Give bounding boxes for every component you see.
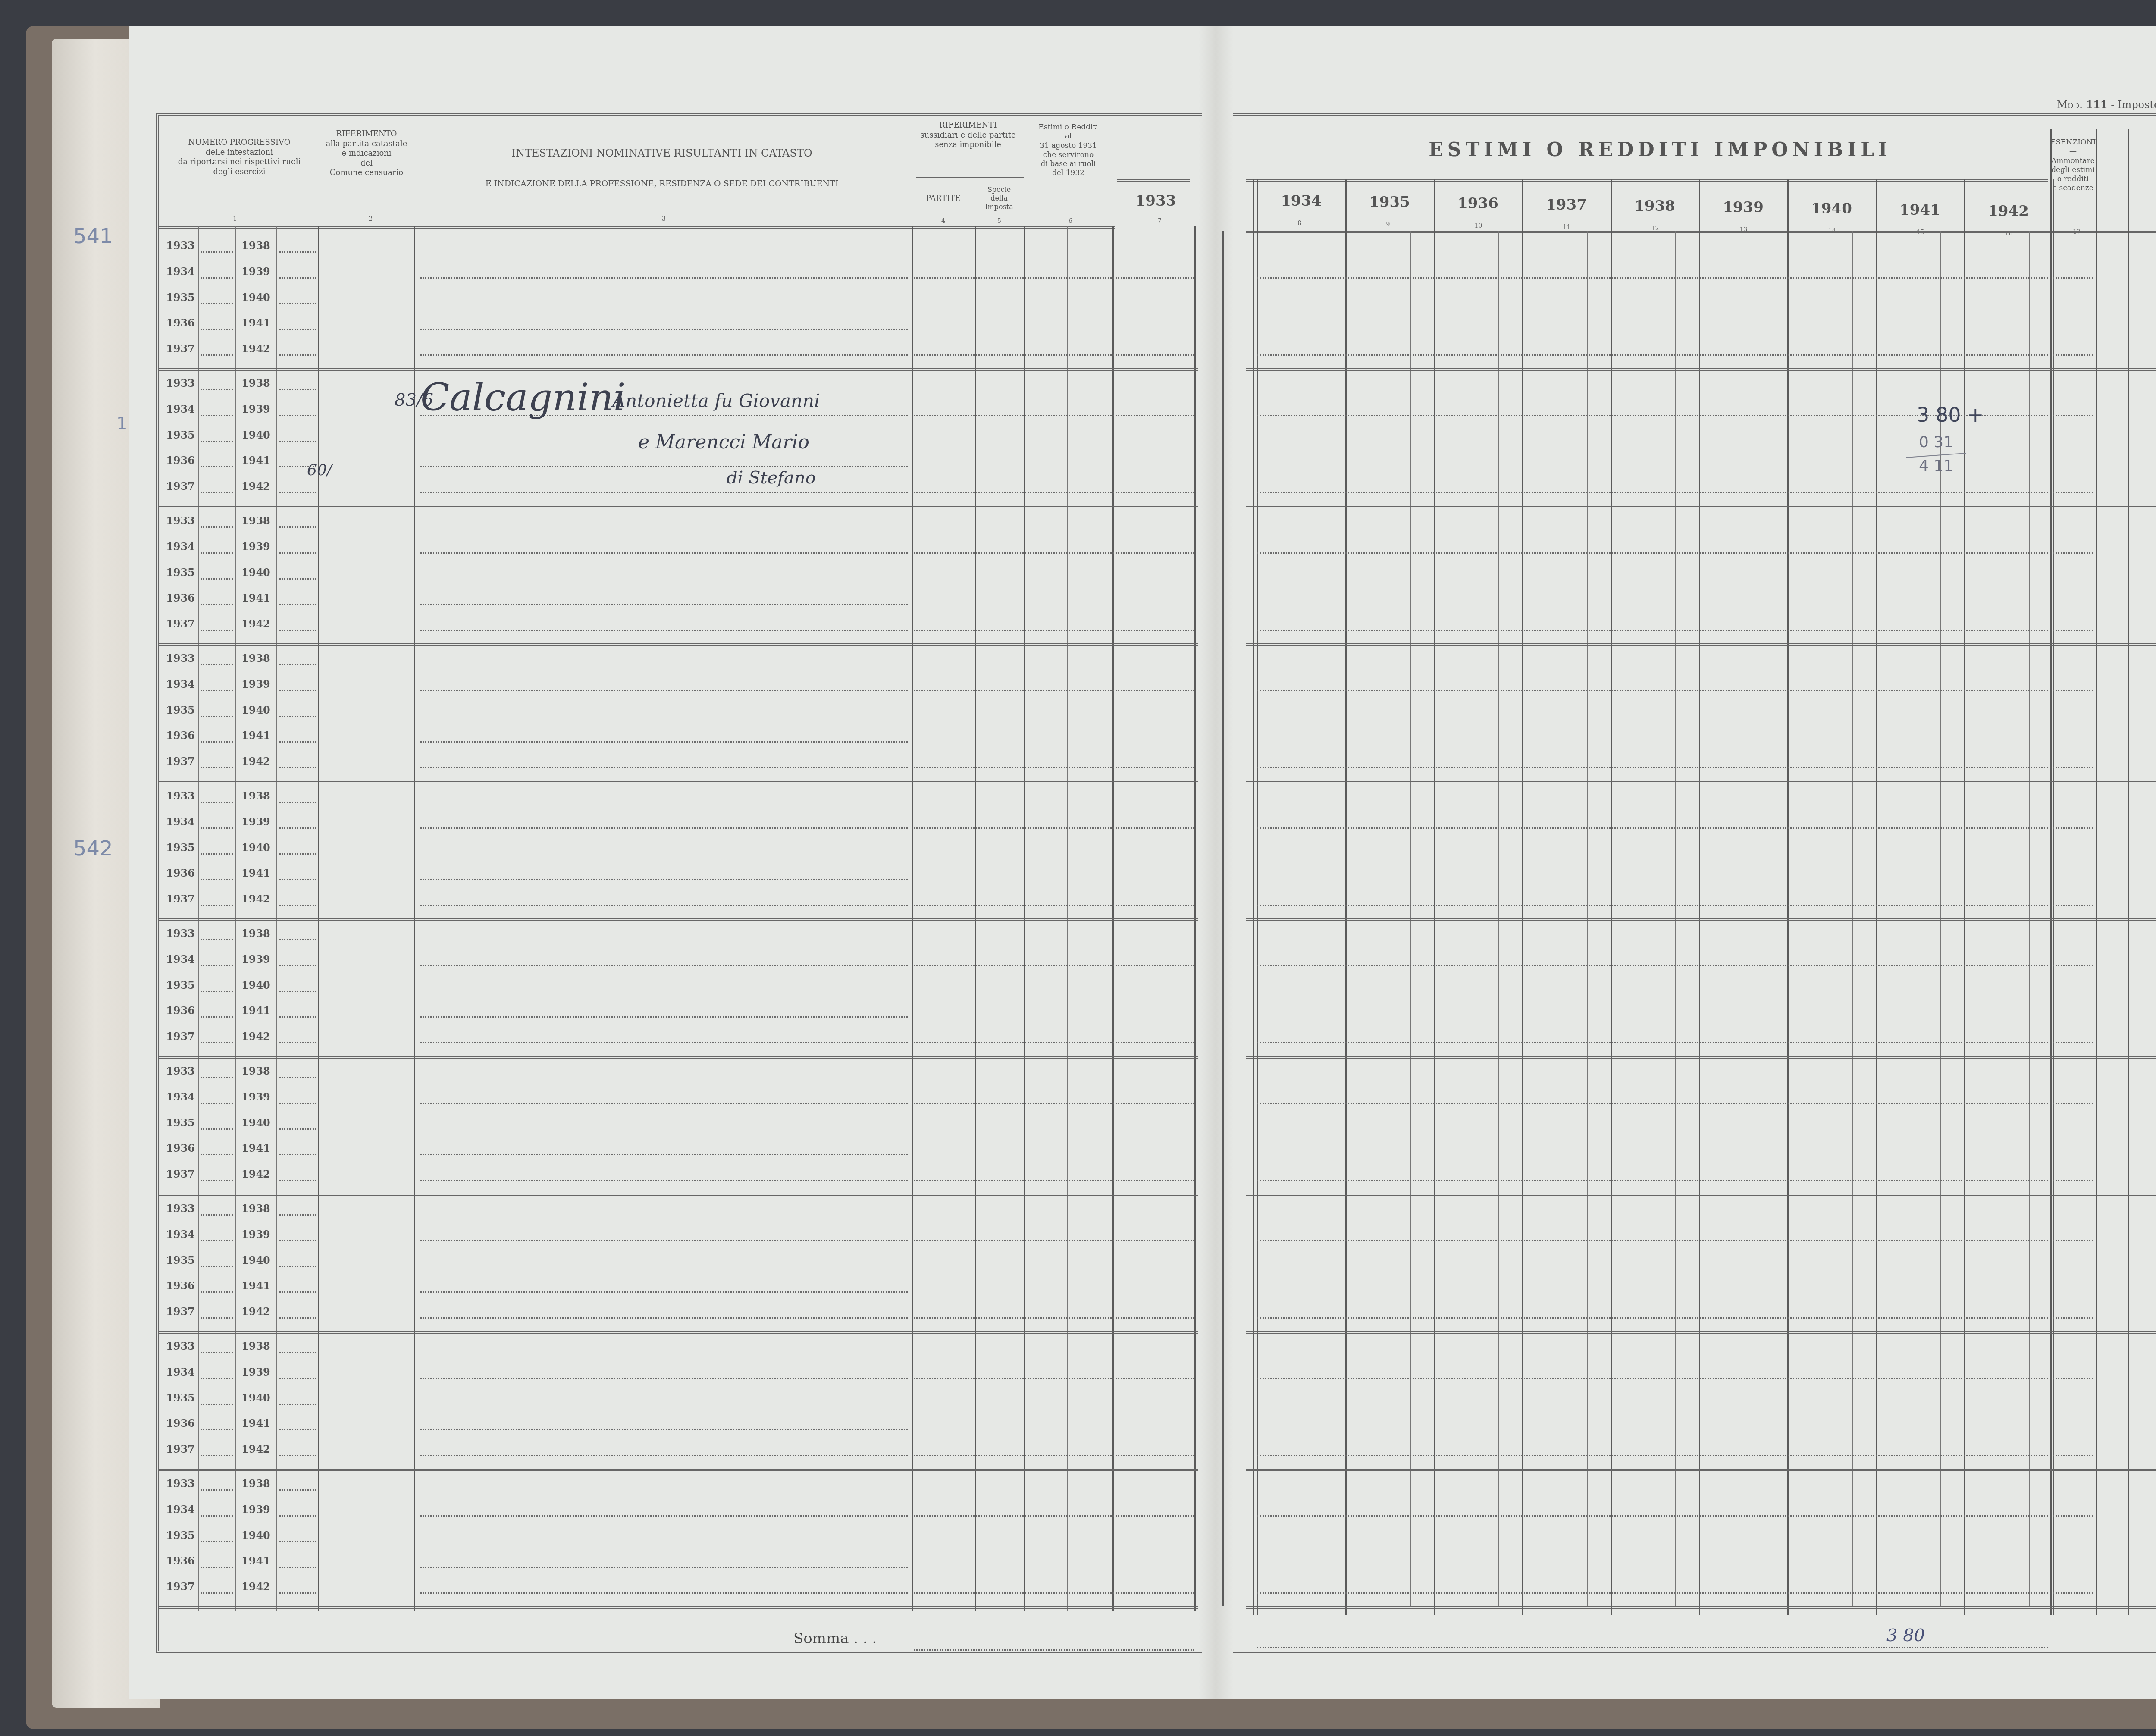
column-divider bbox=[2050, 129, 2052, 1615]
year-dotted-blank bbox=[279, 1429, 316, 1430]
row-year-label: 1942 bbox=[241, 1305, 270, 1318]
column-divider bbox=[1257, 179, 1258, 1615]
value-dotted-line bbox=[1257, 1317, 2048, 1319]
year-dotted-blank bbox=[279, 716, 316, 717]
name-dotted-line bbox=[420, 552, 908, 554]
value-dotted-line bbox=[1257, 905, 2048, 906]
name-dotted-line bbox=[420, 492, 908, 493]
year-dotted-blank bbox=[279, 578, 316, 580]
row-year-label: 1940 bbox=[241, 979, 270, 991]
column-divider bbox=[1876, 179, 1877, 1615]
row-year-label: 1934 bbox=[166, 815, 195, 828]
col2-header: RIFERIMENTO alla partita catastale e ind… bbox=[319, 129, 414, 178]
year-dotted-blank bbox=[201, 905, 233, 906]
year-dotted-blank bbox=[201, 853, 233, 855]
year-dotted-blank bbox=[279, 329, 316, 330]
row-year-label: 1939 bbox=[241, 403, 270, 415]
column-divider bbox=[1222, 231, 1224, 1606]
col5-header: Specie della Imposta bbox=[975, 185, 1023, 211]
row-year-label: 1937 bbox=[166, 342, 195, 355]
left-page-frame bbox=[156, 113, 1202, 1653]
year-dotted-blank bbox=[201, 1378, 233, 1379]
block-separator-right bbox=[1246, 781, 2156, 783]
year-dotted-blank bbox=[201, 664, 233, 665]
row-year-label: 1933 bbox=[166, 1202, 195, 1215]
name-dotted-line bbox=[420, 741, 908, 743]
year-column-number: 11 bbox=[1563, 224, 1571, 231]
row-year-label: 1941 bbox=[241, 1417, 270, 1429]
year-dotted-blank bbox=[201, 965, 233, 966]
somma-dotted-line bbox=[1257, 1647, 2048, 1648]
row-year-label: 1940 bbox=[241, 1391, 270, 1404]
year-dotted-blank bbox=[279, 1103, 316, 1104]
row-year-label: 1935 bbox=[166, 1529, 195, 1542]
value-dotted-line bbox=[2053, 1180, 2093, 1181]
entry-name-line3: di Stefano bbox=[727, 468, 816, 488]
years-top-rule bbox=[1246, 179, 2048, 182]
year-dotted-blank bbox=[279, 1214, 316, 1216]
year-dotted-blank bbox=[279, 1154, 316, 1155]
somma-dotted-line bbox=[914, 1649, 1194, 1651]
row-year-label: 1942 bbox=[241, 1443, 270, 1455]
row-year-label: 1939 bbox=[241, 265, 270, 278]
value-dotted-line bbox=[2053, 415, 2093, 416]
year-dotted-blank bbox=[279, 1128, 316, 1130]
entry-name-line1: Antonietta fu Giovanni bbox=[612, 390, 820, 411]
row-year-label: 1934 bbox=[166, 953, 195, 965]
riferimenti-rule bbox=[916, 177, 1024, 179]
year-dotted-blank bbox=[279, 552, 316, 554]
row-year-label: 1936 bbox=[166, 1004, 195, 1017]
row-year-label: 1940 bbox=[241, 291, 270, 304]
value-dotted-line bbox=[2053, 690, 2093, 691]
year-dotted-blank bbox=[201, 1266, 233, 1267]
year-dotted-blank bbox=[279, 354, 316, 356]
value-dotted-line bbox=[914, 1042, 1194, 1043]
value-dotted-line bbox=[914, 767, 1194, 768]
column-divider bbox=[1611, 179, 1612, 1615]
value-dotted-line bbox=[2053, 354, 2093, 356]
value-dotted-line bbox=[1257, 965, 2048, 966]
name-dotted-line bbox=[420, 1291, 908, 1293]
name-dotted-line bbox=[420, 1240, 908, 1241]
block-separator-right bbox=[1246, 918, 2156, 921]
year-dotted-blank bbox=[279, 1352, 316, 1353]
value-dotted-line bbox=[1257, 492, 2048, 493]
year-dotted-blank bbox=[201, 1489, 233, 1491]
year-dotted-blank bbox=[279, 1042, 316, 1043]
name-dotted-line bbox=[420, 1592, 908, 1594]
row-year-label: 1940 bbox=[241, 841, 270, 854]
row-year-label: 1940 bbox=[241, 429, 270, 441]
row-year-label: 1938 bbox=[241, 927, 270, 940]
year-dotted-blank bbox=[201, 251, 233, 253]
block-separator-right bbox=[1246, 1469, 2156, 1471]
row-year-label: 1935 bbox=[166, 566, 195, 579]
value-dotted-line bbox=[2053, 965, 2093, 966]
block-separator-left bbox=[159, 918, 1198, 921]
row-year-label: 1939 bbox=[241, 1090, 270, 1103]
row-year-label: 1939 bbox=[241, 540, 270, 553]
block-separator-left bbox=[159, 1194, 1198, 1196]
year-column-header: 1935 bbox=[1345, 193, 1434, 212]
row-year-label: 1940 bbox=[241, 1529, 270, 1542]
block-separator-left bbox=[159, 1469, 1198, 1471]
margin-note-1: 1 bbox=[116, 414, 127, 434]
value-dotted-line bbox=[1257, 1180, 2048, 1181]
book-gutter bbox=[1199, 26, 1233, 1699]
block-separator-left bbox=[159, 1056, 1198, 1059]
row-year-label: 1940 bbox=[241, 704, 270, 716]
year-dotted-blank bbox=[201, 466, 233, 467]
block-separator-right bbox=[1246, 1194, 2156, 1196]
row-year-label: 1937 bbox=[166, 1168, 195, 1180]
row-year-label: 1937 bbox=[166, 893, 195, 905]
value-dotted-line bbox=[914, 1378, 1194, 1379]
name-dotted-line bbox=[420, 466, 908, 467]
row-year-label: 1940 bbox=[241, 566, 270, 579]
somma-1941-value: 3 80 bbox=[1887, 1626, 1925, 1645]
row-year-label: 1935 bbox=[166, 1116, 195, 1129]
value-dotted-line bbox=[1257, 690, 2048, 691]
header-rule-right bbox=[1246, 231, 2156, 233]
row-year-label: 1933 bbox=[166, 790, 195, 802]
col1-header: NUMERO PROGRESSIVO delle intestazioni da… bbox=[160, 138, 319, 177]
year-dotted-blank bbox=[279, 303, 316, 304]
name-dotted-line bbox=[420, 329, 908, 330]
year-dotted-blank bbox=[201, 277, 233, 279]
year-dotted-blank bbox=[201, 1291, 233, 1293]
year-1933-rule bbox=[1117, 179, 1190, 182]
year-dotted-blank bbox=[279, 690, 316, 691]
year-dotted-blank bbox=[279, 1291, 316, 1293]
column-divider bbox=[1345, 179, 1347, 1615]
year-dotted-blank bbox=[279, 630, 316, 631]
row-year-label: 1933 bbox=[166, 652, 195, 664]
year-dotted-blank bbox=[201, 1128, 233, 1130]
row-year-label: 1937 bbox=[166, 617, 195, 630]
name-dotted-line bbox=[420, 630, 908, 631]
year-dotted-blank bbox=[201, 1404, 233, 1405]
value-dotted-line bbox=[1257, 1240, 2048, 1241]
row-year-label: 1937 bbox=[166, 1580, 195, 1593]
value-dotted-line bbox=[2053, 827, 2093, 829]
value-dotted-line bbox=[1257, 1455, 2048, 1456]
row-year-label: 1937 bbox=[166, 1030, 195, 1043]
row-year-label: 1939 bbox=[241, 1503, 270, 1516]
row-year-label: 1936 bbox=[166, 1142, 195, 1154]
year-dotted-blank bbox=[279, 389, 316, 390]
value-dotted-line bbox=[914, 552, 1194, 554]
year-column-header: 1934 bbox=[1257, 192, 1345, 210]
year-dotted-blank bbox=[201, 441, 233, 442]
row-year-label: 1939 bbox=[241, 815, 270, 828]
row-year-label: 1935 bbox=[166, 979, 195, 991]
year-column-header: 1941 bbox=[1876, 201, 1964, 219]
form-code: Mod. 111 - Imposte Dirette (Intercalare)… bbox=[2057, 98, 2156, 111]
year-dotted-blank bbox=[201, 1016, 233, 1018]
row-year-label: 1935 bbox=[166, 841, 195, 854]
col4-header: PARTITE bbox=[912, 194, 975, 204]
year-dotted-blank bbox=[201, 1429, 233, 1430]
entry-progressive-note: 60/ bbox=[307, 461, 332, 479]
row-year-label: 1938 bbox=[241, 239, 270, 252]
margin-note-542: 542 bbox=[73, 837, 113, 861]
row-year-label: 1933 bbox=[166, 377, 195, 389]
row-year-label: 1936 bbox=[166, 316, 195, 329]
year-dotted-blank bbox=[201, 492, 233, 493]
year-dotted-blank bbox=[279, 1541, 316, 1542]
year-dotted-blank bbox=[279, 802, 316, 803]
value-dotted-line bbox=[1257, 1103, 2048, 1104]
row-year-label: 1938 bbox=[241, 652, 270, 664]
row-year-label: 1938 bbox=[241, 377, 270, 389]
block-separator-left bbox=[159, 1331, 1198, 1334]
year-dotted-blank bbox=[279, 1489, 316, 1491]
name-dotted-line bbox=[420, 1455, 908, 1456]
row-year-label: 1941 bbox=[241, 1004, 270, 1017]
year-dotted-blank bbox=[279, 1567, 316, 1568]
value-dotted-line bbox=[2053, 552, 2093, 554]
col1-number: 1 bbox=[233, 216, 237, 222]
name-dotted-line bbox=[420, 1180, 908, 1181]
year-dotted-blank bbox=[279, 492, 316, 493]
column-divider bbox=[1253, 179, 1254, 1615]
column-divider bbox=[2053, 179, 2054, 1615]
row-year-label: 1942 bbox=[241, 1030, 270, 1043]
name-dotted-line bbox=[420, 1567, 908, 1568]
row-year-label: 1942 bbox=[241, 480, 270, 492]
value-dotted-line bbox=[1257, 1515, 2048, 1517]
somma-label: Somma . . . bbox=[793, 1630, 877, 1647]
row-year-label: 1934 bbox=[166, 678, 195, 690]
value-dotted-line bbox=[1257, 552, 2048, 554]
row-year-label: 1937 bbox=[166, 755, 195, 768]
row-year-label: 1937 bbox=[166, 1305, 195, 1318]
row-year-label: 1938 bbox=[241, 514, 270, 527]
year-dotted-blank bbox=[201, 1077, 233, 1078]
row-year-label: 1938 bbox=[241, 1340, 270, 1352]
row-year-label: 1942 bbox=[241, 1580, 270, 1593]
year-dotted-blank bbox=[201, 767, 233, 768]
row-year-label: 1935 bbox=[166, 704, 195, 716]
header-rule-left bbox=[159, 226, 1115, 229]
value-dotted-line bbox=[914, 1592, 1194, 1594]
year-column-header: 1940 bbox=[1787, 200, 1876, 218]
row-year-label: 1939 bbox=[241, 678, 270, 690]
entry-1941-value: 3 80 + bbox=[1917, 403, 1984, 426]
row-year-label: 1941 bbox=[241, 729, 270, 742]
row-year-label: 1933 bbox=[166, 927, 195, 940]
value-dotted-line bbox=[914, 1103, 1194, 1104]
row-year-label: 1935 bbox=[166, 1391, 195, 1404]
year-dotted-blank bbox=[201, 1541, 233, 1542]
block-separator-left bbox=[159, 643, 1198, 646]
year-dotted-blank bbox=[201, 716, 233, 717]
name-dotted-line bbox=[420, 879, 908, 880]
row-year-label: 1938 bbox=[241, 790, 270, 802]
value-dotted-line bbox=[2053, 1042, 2093, 1043]
row-year-label: 1933 bbox=[166, 1477, 195, 1490]
year-dotted-blank bbox=[279, 879, 316, 880]
value-dotted-line bbox=[2053, 1240, 2093, 1241]
block-separator-right bbox=[1246, 506, 2156, 508]
row-year-label: 1935 bbox=[166, 291, 195, 304]
year-dotted-blank bbox=[279, 1016, 316, 1018]
block-separator-right bbox=[1246, 1056, 2156, 1059]
year-dotted-blank bbox=[201, 415, 233, 416]
year-dotted-blank bbox=[201, 1214, 233, 1216]
year-dotted-blank bbox=[279, 251, 316, 253]
value-dotted-line bbox=[914, 415, 1194, 416]
block-separator-right bbox=[1246, 1331, 2156, 1334]
row-year-label: 1934 bbox=[166, 403, 195, 415]
bottom-rule-left bbox=[159, 1606, 1198, 1609]
year-dotted-blank bbox=[279, 1317, 316, 1319]
row-year-label: 1942 bbox=[241, 617, 270, 630]
value-dotted-line bbox=[914, 354, 1194, 356]
year-dotted-blank bbox=[201, 354, 233, 356]
name-dotted-line bbox=[420, 905, 908, 906]
year-dotted-blank bbox=[201, 1154, 233, 1155]
year-column-header: 1942 bbox=[1964, 202, 2053, 221]
row-year-label: 1942 bbox=[241, 342, 270, 355]
row-year-label: 1939 bbox=[241, 1228, 270, 1241]
year-column-header: 1937 bbox=[1522, 196, 1611, 214]
row-year-label: 1941 bbox=[241, 1279, 270, 1292]
row-year-label: 1941 bbox=[241, 316, 270, 329]
year-dotted-blank bbox=[201, 303, 233, 304]
year-dotted-blank bbox=[279, 827, 316, 829]
row-year-label: 1936 bbox=[166, 729, 195, 742]
row-year-label: 1936 bbox=[166, 1554, 195, 1567]
row-year-label: 1933 bbox=[166, 1065, 195, 1077]
section-title: ESTIMI O REDDITI IMPONIBILI bbox=[1250, 138, 2070, 162]
entry-name-line2: e Marencci Mario bbox=[638, 431, 809, 453]
value-dotted-line bbox=[1257, 1592, 2048, 1594]
year-dotted-blank bbox=[279, 1455, 316, 1456]
value-dotted-line bbox=[914, 827, 1194, 829]
column-divider bbox=[1699, 179, 1700, 1615]
year-dotted-blank bbox=[201, 1567, 233, 1568]
year-dotted-blank bbox=[279, 939, 316, 940]
year-dotted-blank bbox=[279, 1180, 316, 1181]
row-year-label: 1939 bbox=[241, 953, 270, 965]
name-dotted-line bbox=[420, 354, 908, 356]
year-dotted-blank bbox=[201, 1515, 233, 1517]
value-dotted-line bbox=[2053, 630, 2093, 631]
year-dotted-blank bbox=[201, 1317, 233, 1319]
year-dotted-blank bbox=[201, 1455, 233, 1456]
year-column-header: 1938 bbox=[1611, 197, 1699, 216]
value-dotted-line bbox=[914, 690, 1194, 691]
value-dotted-line bbox=[1257, 630, 2048, 631]
col7-year: 1933 bbox=[1115, 192, 1197, 210]
annotazioni-header: ANNOTAZIONI bbox=[2130, 172, 2156, 187]
block-separator-left bbox=[159, 506, 1198, 508]
name-dotted-line bbox=[420, 1154, 908, 1155]
year-dotted-blank bbox=[279, 1515, 316, 1517]
row-year-label: 1935 bbox=[166, 429, 195, 441]
col2-number: 2 bbox=[369, 216, 373, 222]
column-divider bbox=[2096, 129, 2097, 1615]
year-column-header: 1939 bbox=[1699, 198, 1787, 217]
block-separator-left bbox=[159, 781, 1198, 783]
year-dotted-blank bbox=[279, 1592, 316, 1594]
value-dotted-line bbox=[2053, 905, 2093, 906]
value-dotted-line bbox=[2053, 1317, 2093, 1319]
row-year-label: 1939 bbox=[241, 1366, 270, 1378]
block-separator-right bbox=[1246, 368, 2156, 371]
col3-title: INTESTAZIONI NOMINATIVE RISULTANTI IN CA… bbox=[414, 147, 910, 160]
column-divider bbox=[2128, 129, 2129, 1615]
row-year-label: 1940 bbox=[241, 1116, 270, 1129]
row-year-label: 1936 bbox=[166, 867, 195, 879]
col4-number: 4 bbox=[941, 218, 945, 225]
year-dotted-blank bbox=[279, 1077, 316, 1078]
year-dotted-blank bbox=[201, 1592, 233, 1594]
name-dotted-line bbox=[420, 1042, 908, 1043]
esenzioni-header: ESENZIONI — Ammontare degli estimi o red… bbox=[2050, 138, 2096, 193]
column-divider bbox=[1434, 179, 1435, 1615]
value-dotted-line bbox=[2053, 492, 2093, 493]
name-dotted-line bbox=[420, 604, 908, 605]
margin-note-541: 541 bbox=[73, 224, 113, 248]
value-dotted-line bbox=[2053, 277, 2093, 279]
row-year-label: 1942 bbox=[241, 1168, 270, 1180]
column-divider bbox=[1964, 179, 1965, 1615]
year-dotted-blank bbox=[201, 604, 233, 605]
year-dotted-blank bbox=[279, 853, 316, 855]
value-dotted-line bbox=[914, 630, 1194, 631]
value-dotted-line bbox=[914, 965, 1194, 966]
row-year-label: 1933 bbox=[166, 514, 195, 527]
entry-1941-total: 4 11 bbox=[1919, 457, 1953, 475]
row-year-label: 1941 bbox=[241, 867, 270, 879]
bottom-rule-right bbox=[1246, 1606, 2156, 1609]
row-year-label: 1941 bbox=[241, 1142, 270, 1154]
name-dotted-line bbox=[420, 1429, 908, 1430]
col7-number: 7 bbox=[1158, 218, 1162, 225]
year-dotted-blank bbox=[201, 1180, 233, 1181]
year-dotted-blank bbox=[279, 664, 316, 665]
row-year-label: 1940 bbox=[241, 1254, 270, 1266]
name-dotted-line bbox=[420, 1016, 908, 1018]
year-dotted-blank bbox=[201, 1042, 233, 1043]
name-dotted-line bbox=[420, 1103, 908, 1104]
block-separator-right bbox=[1246, 643, 2156, 646]
year-dotted-blank bbox=[279, 767, 316, 768]
row-year-label: 1933 bbox=[166, 1340, 195, 1352]
col3-subtitle: E INDICAZIONE DELLA PROFESSIONE, RESIDEN… bbox=[414, 179, 910, 189]
value-dotted-line bbox=[914, 1455, 1194, 1456]
year-dotted-blank bbox=[279, 1378, 316, 1379]
row-year-label: 1934 bbox=[166, 1366, 195, 1378]
right-page-frame bbox=[1233, 113, 2156, 1653]
row-year-label: 1938 bbox=[241, 1065, 270, 1077]
col6-number: 6 bbox=[1069, 218, 1072, 225]
year-dotted-blank bbox=[279, 277, 316, 279]
year-dotted-blank bbox=[201, 802, 233, 803]
entry-1941-addition: 0 31 bbox=[1919, 433, 1953, 451]
value-dotted-line bbox=[1257, 767, 2048, 768]
year-column-header: 1936 bbox=[1434, 194, 1522, 213]
row-year-label: 1935 bbox=[166, 1254, 195, 1266]
value-dotted-line bbox=[914, 1515, 1194, 1517]
year-dotted-blank bbox=[201, 1103, 233, 1104]
year-dotted-blank bbox=[279, 991, 316, 992]
row-year-label: 1942 bbox=[241, 893, 270, 905]
